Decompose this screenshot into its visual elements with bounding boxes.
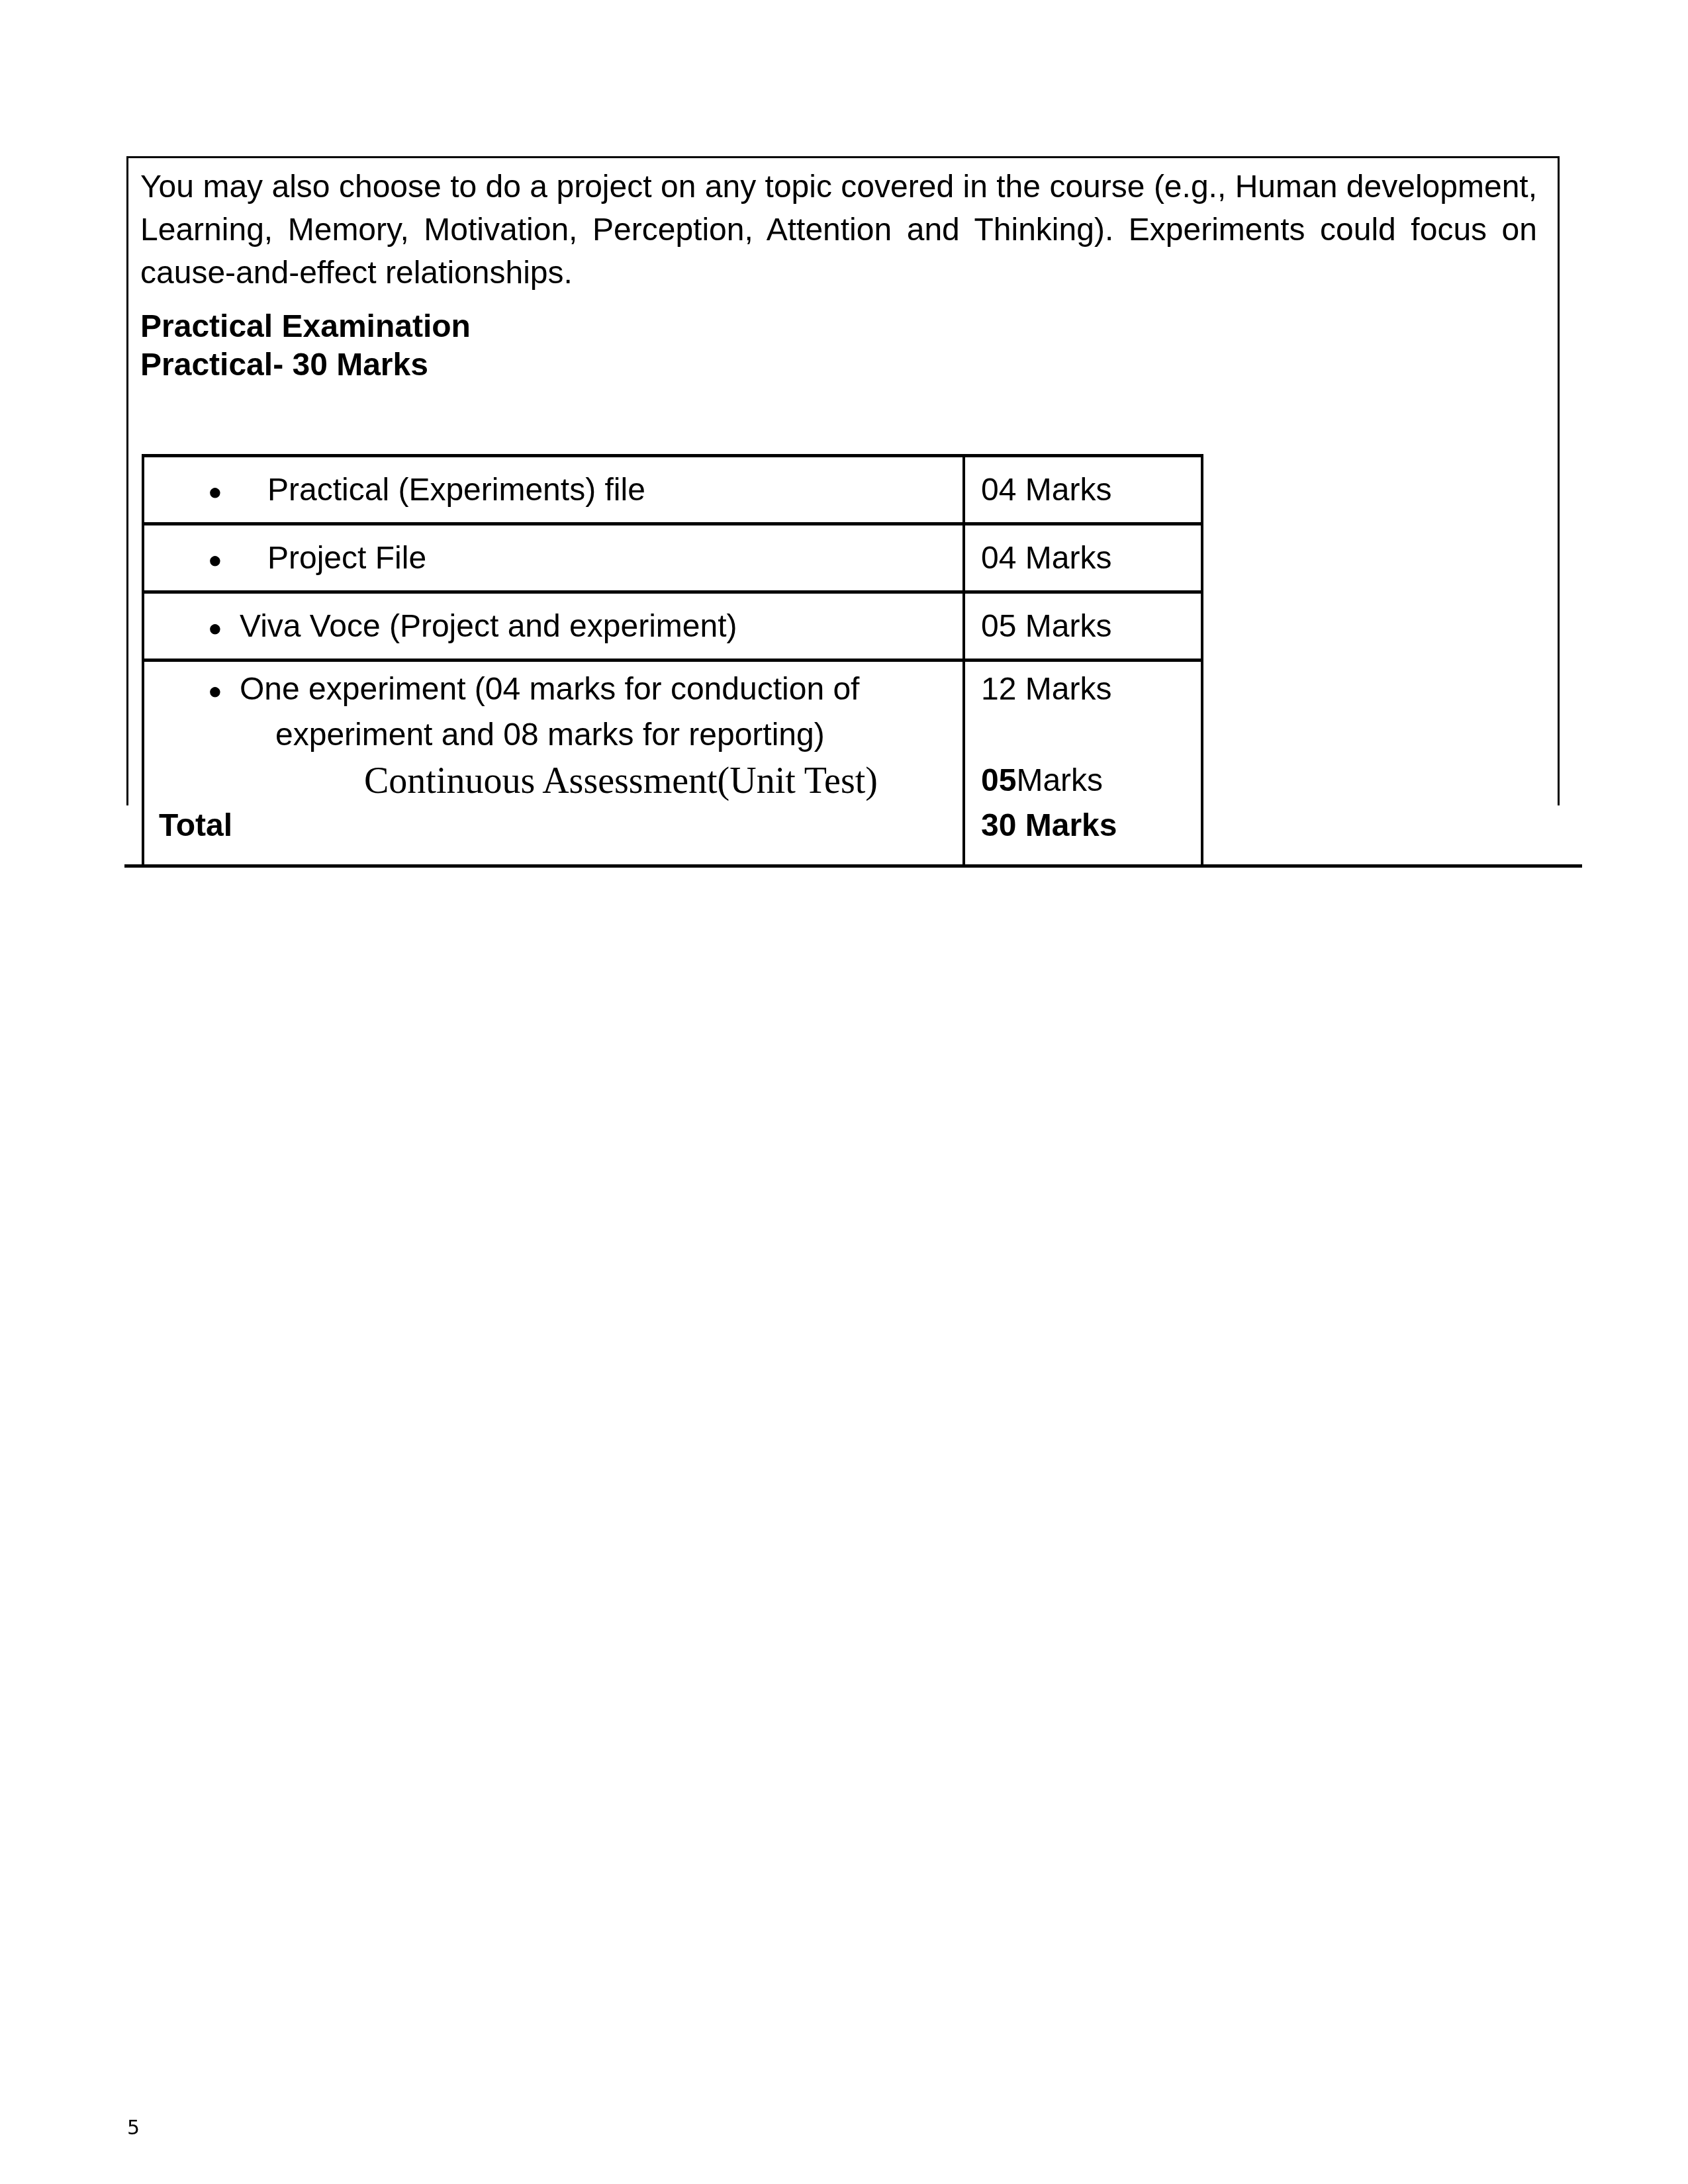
bottom-rule (124, 864, 1582, 868)
item-cell: ●Practical (Experiments) file (143, 456, 964, 524)
total-label: Total (159, 807, 232, 844)
item-cell: ●One experiment (04 marks for conduction… (143, 660, 964, 868)
experiment-marks: 12 Marks (981, 671, 1111, 707)
total-marks: 30 Marks (981, 807, 1117, 844)
page-number: 5 (127, 2116, 140, 2140)
item-label-continued: experiment and 08 marks for reporting) (275, 717, 825, 753)
intro-paragraph: You may also choose to do a project on a… (140, 165, 1537, 295)
marks-cell: 05 Marks (964, 592, 1202, 660)
table-row: ●Project File 04 Marks (143, 524, 1202, 592)
section-heading: Practical Examination (140, 308, 471, 346)
item-label: Viva Voce (Project and experiment) (240, 609, 737, 644)
item-label: One experiment (04 marks for conduction … (240, 672, 859, 707)
marks-cell: 04 Marks (964, 456, 1202, 524)
bullet-icon: ● (208, 478, 226, 506)
item-cell: ●Project File (143, 524, 964, 592)
marks-table: ●Practical (Experiments) file 04 Marks ●… (142, 454, 1203, 867)
bullet-icon: ● (208, 677, 226, 705)
subsection-heading: Practical- 30 Marks (140, 346, 428, 385)
bullet-icon: ● (208, 546, 226, 574)
table-row: ●One experiment (04 marks for conduction… (143, 660, 1202, 868)
item-label: Practical (Experiments) file (267, 473, 645, 508)
marks-cell: 12 Marks 05Marks 30 Marks (964, 660, 1202, 868)
bullet-icon: ● (208, 614, 226, 642)
table-row: ●Practical (Experiments) file 04 Marks (143, 456, 1202, 524)
continuous-assessment-marks: 05Marks (981, 762, 1103, 799)
marks-cell: 04 Marks (964, 524, 1202, 592)
item-cell: ●Viva Voce (Project and experiment) (143, 592, 964, 660)
item-label: Project File (267, 541, 426, 576)
table-row: ●Viva Voce (Project and experiment) 05 M… (143, 592, 1202, 660)
continuous-assessment-label: Continuous Assessment(Unit Test) (364, 760, 878, 802)
